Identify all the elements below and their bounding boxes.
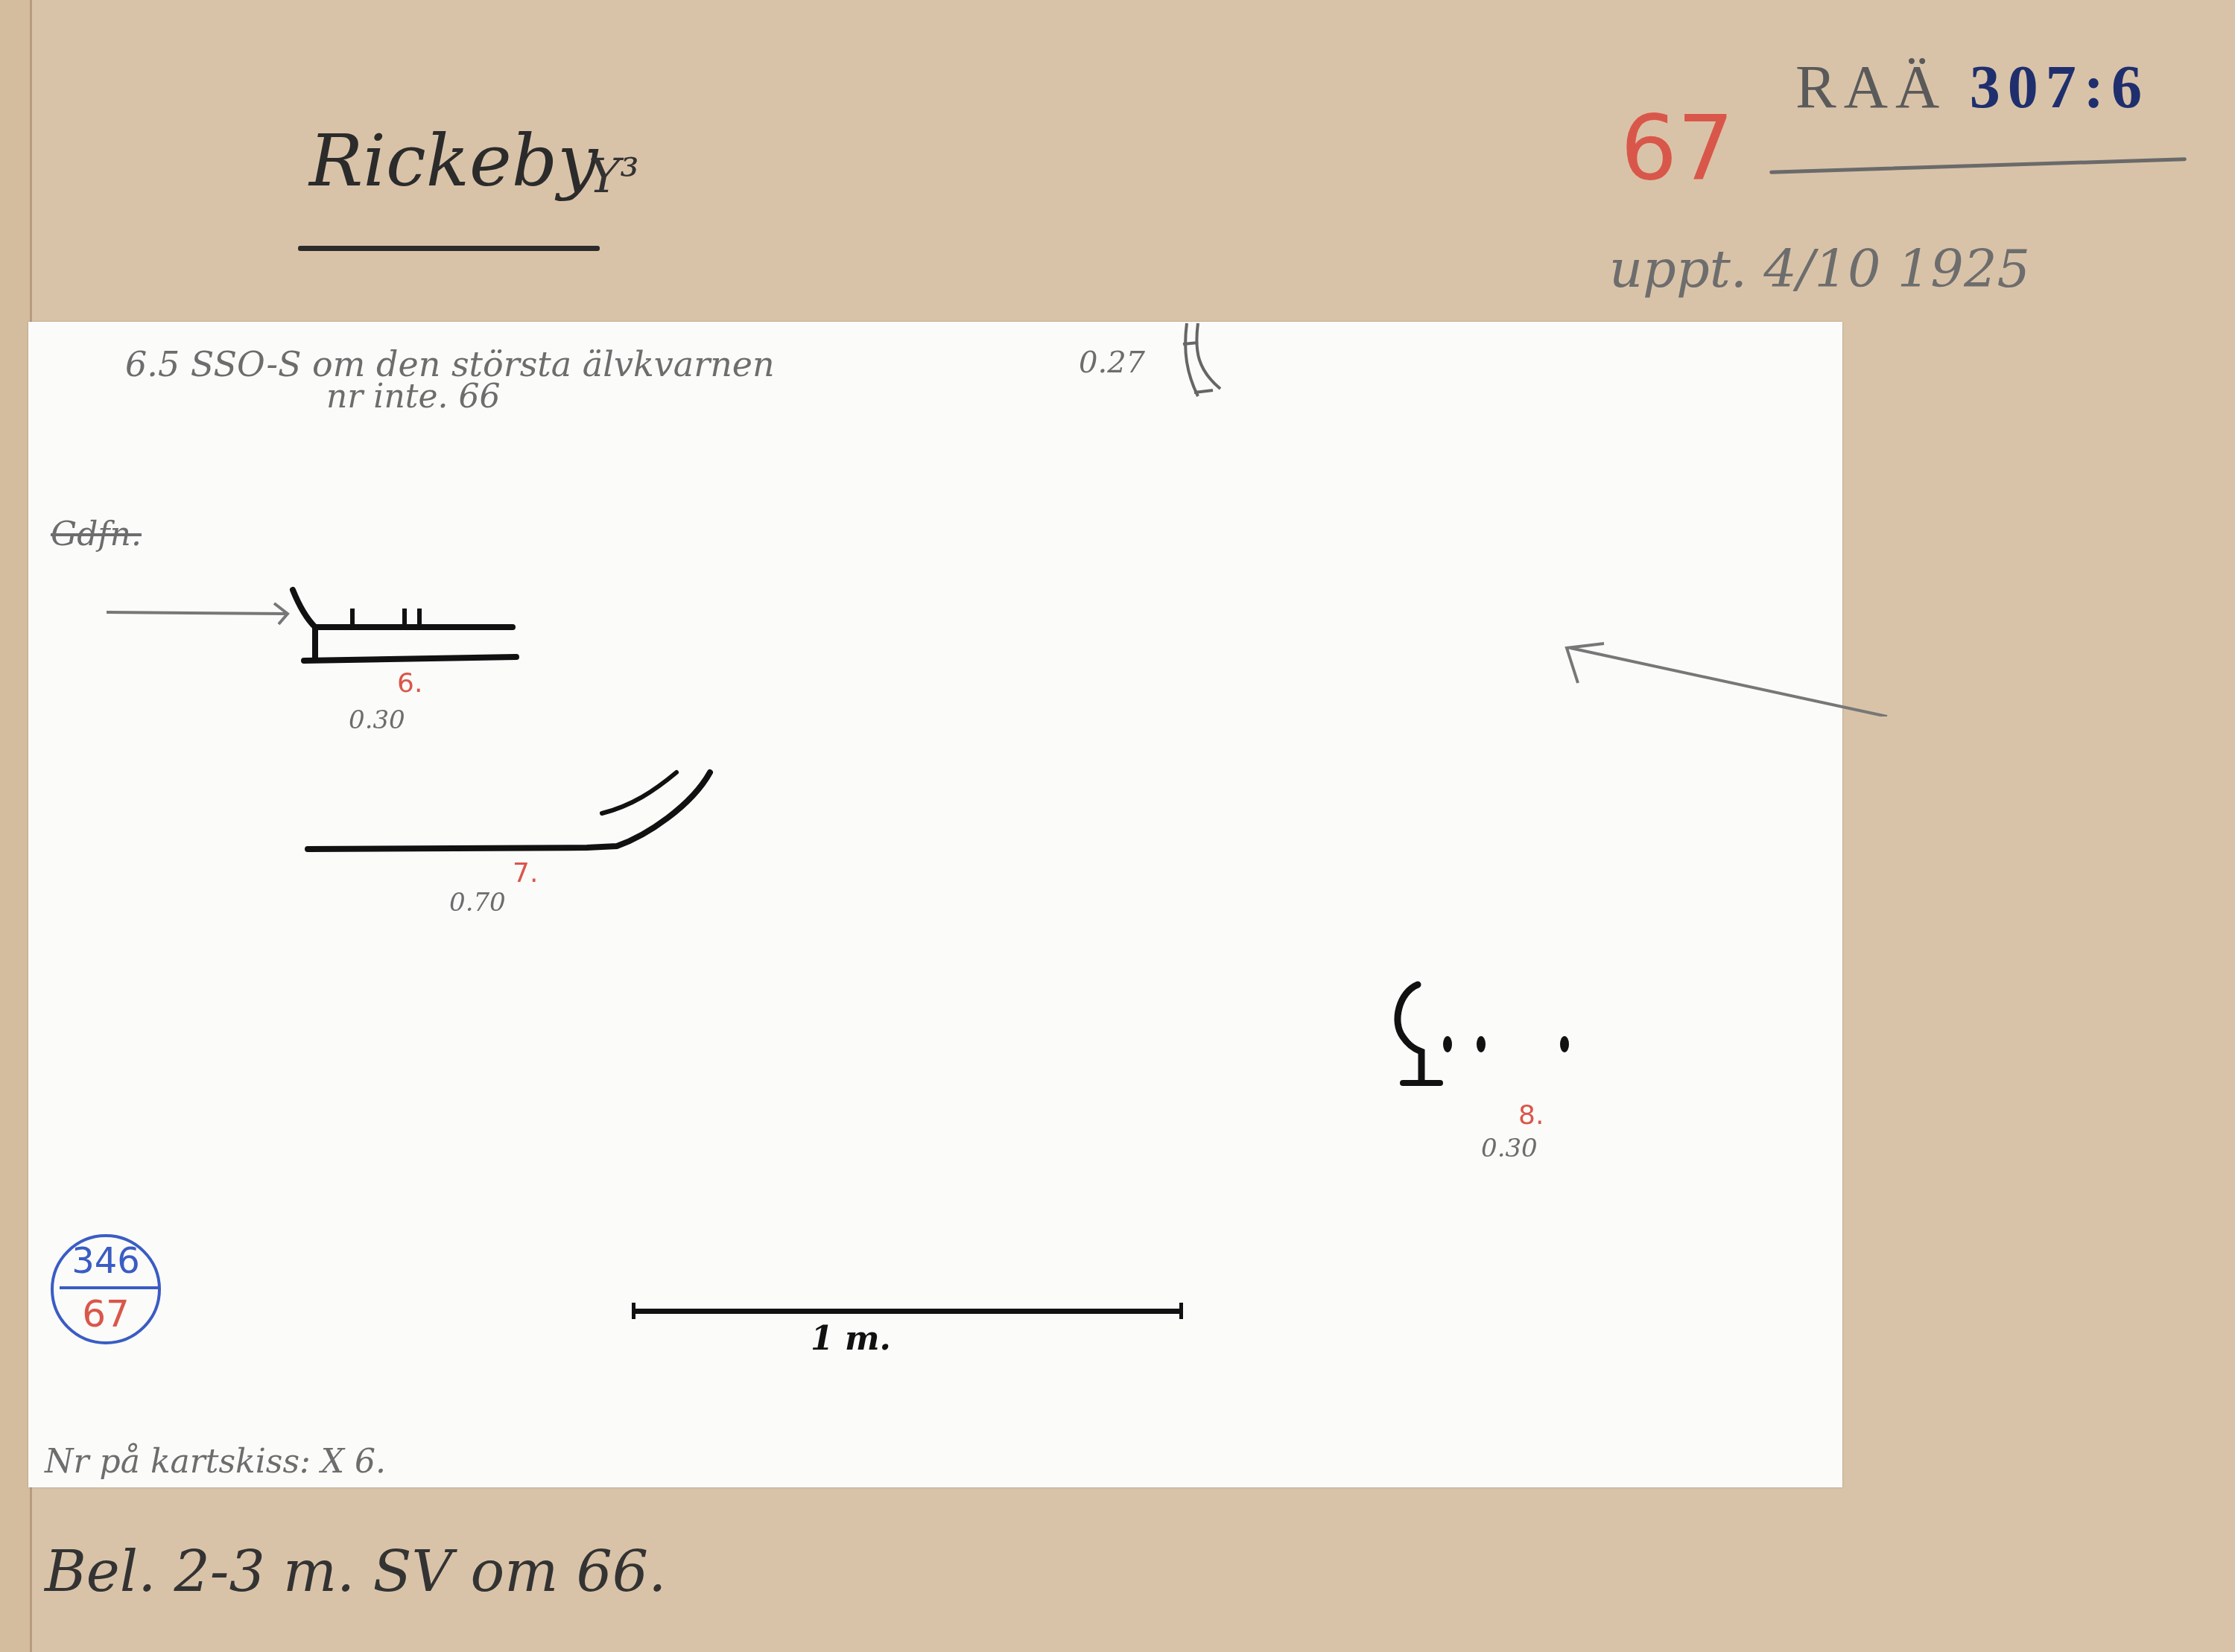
figure-7-icon (304, 769, 751, 858)
struck-word: Gdfn. (51, 515, 142, 553)
location-note-line2: nr inte. 66 (326, 378, 500, 416)
place-name: Rickeby (309, 119, 597, 203)
recorded-date: 4/10 1925 (1763, 238, 2030, 299)
raa-label: RAÄ (1795, 53, 1947, 121)
stamp-top-number: 346 (54, 1240, 158, 1282)
figure-8-depth: 0.30 (1481, 1134, 1538, 1163)
stamp-bottom-number: 67 (54, 1292, 158, 1335)
arrow-up-left-icon (1559, 642, 1895, 717)
recorded-date-line: uppt. 4/10 1925 (1609, 238, 2030, 299)
figure-7-number: 7. (513, 858, 538, 889)
figure-8-number: 8. (1518, 1100, 1544, 1131)
figure-6-depth: 0.30 (349, 705, 405, 735)
map-ref-label: Nr på kartskiss: (45, 1443, 311, 1481)
top-figure-icon (1168, 322, 1258, 404)
figure-6-icon (289, 586, 527, 668)
raa-underline (1769, 157, 2187, 174)
drawing-sheet: 6.5 SSO-S om den största älvkvarnen nr i… (28, 322, 1842, 1487)
catalog-stamp: 346 67 (51, 1234, 161, 1344)
place-name-underline (298, 246, 600, 251)
recorded-label: uppt. (1609, 238, 1747, 299)
register-number-red: 67 (1620, 97, 1734, 200)
bottom-location-note: Bel. 2-3 m. SV om 66. (45, 1538, 666, 1604)
map-reference: Nr på kartskiss: X 6. (45, 1443, 386, 1481)
top-figure-depth: 0.27 (1079, 346, 1145, 380)
place-suffix: Y³ (589, 149, 639, 204)
arrow-right-icon (103, 597, 297, 627)
card-left-edge (0, 0, 32, 1652)
scale-label: 1 m. (811, 1320, 891, 1358)
raa-reference: RAÄ 307:6 (1795, 52, 2149, 122)
figure-7-depth: 0.70 (449, 888, 506, 918)
raa-number: 307:6 (1970, 53, 2149, 121)
scale-bar (632, 1309, 1183, 1314)
figure-8-icon (1384, 977, 1623, 1089)
figure-6-number: 6. (397, 668, 422, 699)
stamp-divider (60, 1286, 158, 1289)
map-ref-value: X 6. (321, 1443, 386, 1481)
